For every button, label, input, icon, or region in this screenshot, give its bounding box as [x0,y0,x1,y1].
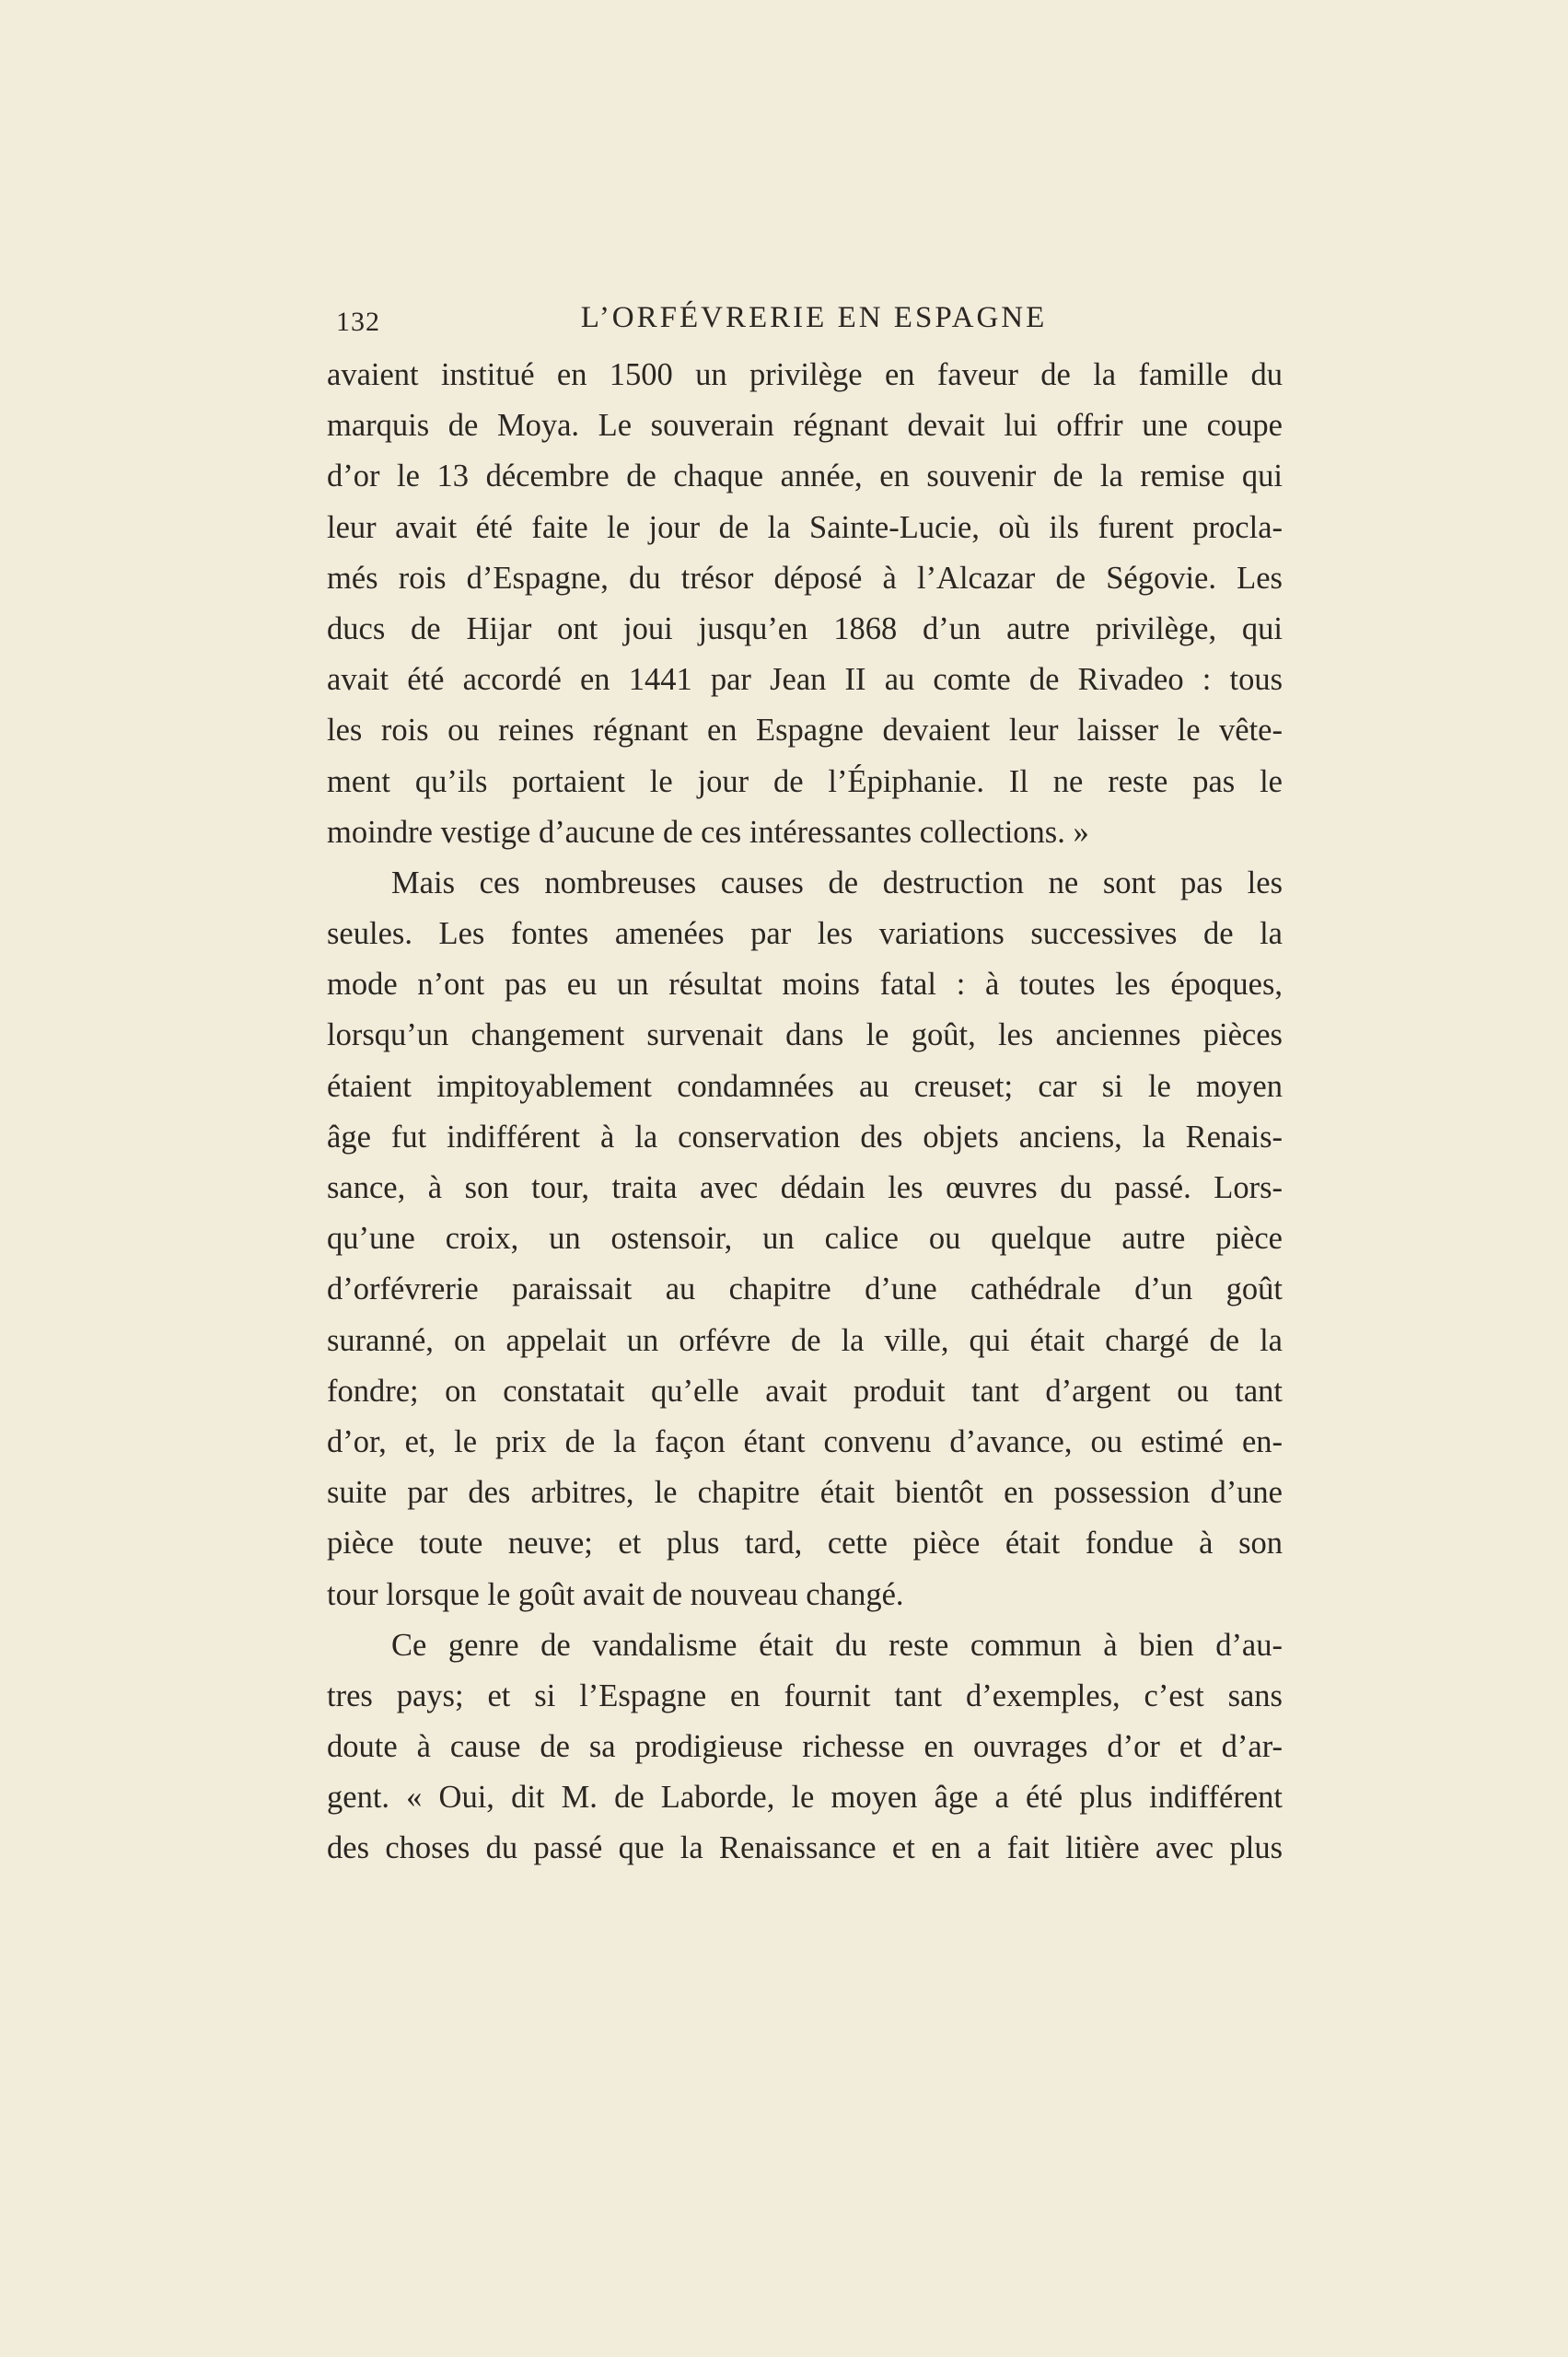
text-line: lorsqu’un changement survenait dans le g… [327,1010,1283,1061]
text-line: des choses du passé que la Renaissance e… [327,1823,1283,1874]
body-text: avaient institué en 1500 un privilège en… [327,350,1283,1875]
text-line: avaient institué en 1500 un privilège en… [327,350,1283,401]
text-line: doute à cause de sa prodigieuse richesse… [327,1722,1283,1772]
text-line: fondre; on constatait qu’elle avait prod… [327,1366,1283,1417]
text-line: ducs de Hijar ont joui jusqu’en 1868 d’u… [327,604,1283,655]
text-line: étaient impitoyablement condamnées au cr… [327,1062,1283,1112]
text-line: sance, à son tour, traita avec dédain le… [327,1163,1283,1213]
text-line: gent. « Oui, dit M. de Laborde, le moyen… [327,1772,1283,1823]
paragraph-2: Mais ces nombreuses causes de destructio… [327,858,1283,1620]
paragraph-3: Ce genre de vandalisme était du reste co… [327,1620,1283,1875]
book-page: 132 L’ORFÉVRERIE EN ESPAGNE avaient inst… [327,299,1283,1875]
running-head: 132 L’ORFÉVRERIE EN ESPAGNE [327,299,1283,345]
text-line: âge fut indifférent à la conservation de… [327,1112,1283,1163]
text-line: moindre vestige d’aucune de ces intéress… [327,807,1283,858]
text-line: més rois d’Espagne, du trésor déposé à l… [327,553,1283,604]
running-title: L’ORFÉVRERIE EN ESPAGNE [327,301,1283,335]
text-line: marquis de Moya. Le souverain régnant de… [327,401,1283,451]
text-line: leur avait été faite le jour de la Saint… [327,503,1283,553]
text-line: seules. Les fontes amenées par les varia… [327,909,1283,959]
text-line: Ce genre de vandalisme était du reste co… [327,1620,1283,1671]
text-line: les rois ou reines régnant en Espagne de… [327,705,1283,756]
text-line: suranné, on appelait un orfévre de la vi… [327,1316,1283,1366]
text-line: pièce toute neuve; et plus tard, cette p… [327,1518,1283,1569]
text-line: mode n’ont pas eu un résultat moins fata… [327,959,1283,1010]
text-line: avait été accordé en 1441 par Jean II au… [327,655,1283,705]
text-line: d’or, et, le prix de la façon étant conv… [327,1417,1283,1468]
paragraph-1: avaient institué en 1500 un privilège en… [327,350,1283,858]
text-line: suite par des arbitres, le chapitre étai… [327,1468,1283,1518]
text-line: ment qu’ils portaient le jour de l’Épiph… [327,757,1283,807]
text-line: d’or le 13 décembre de chaque année, en … [327,451,1283,502]
text-line: Mais ces nombreuses causes de destructio… [327,858,1283,909]
text-line: tres pays; et si l’Espagne en fournit ta… [327,1671,1283,1722]
text-line: qu’une croix, un ostensoir, un calice ou… [327,1213,1283,1264]
text-line: tour lorsque le goût avait de nouveau ch… [327,1570,1283,1620]
text-line: d’orfévrerie paraissait au chapitre d’un… [327,1264,1283,1315]
